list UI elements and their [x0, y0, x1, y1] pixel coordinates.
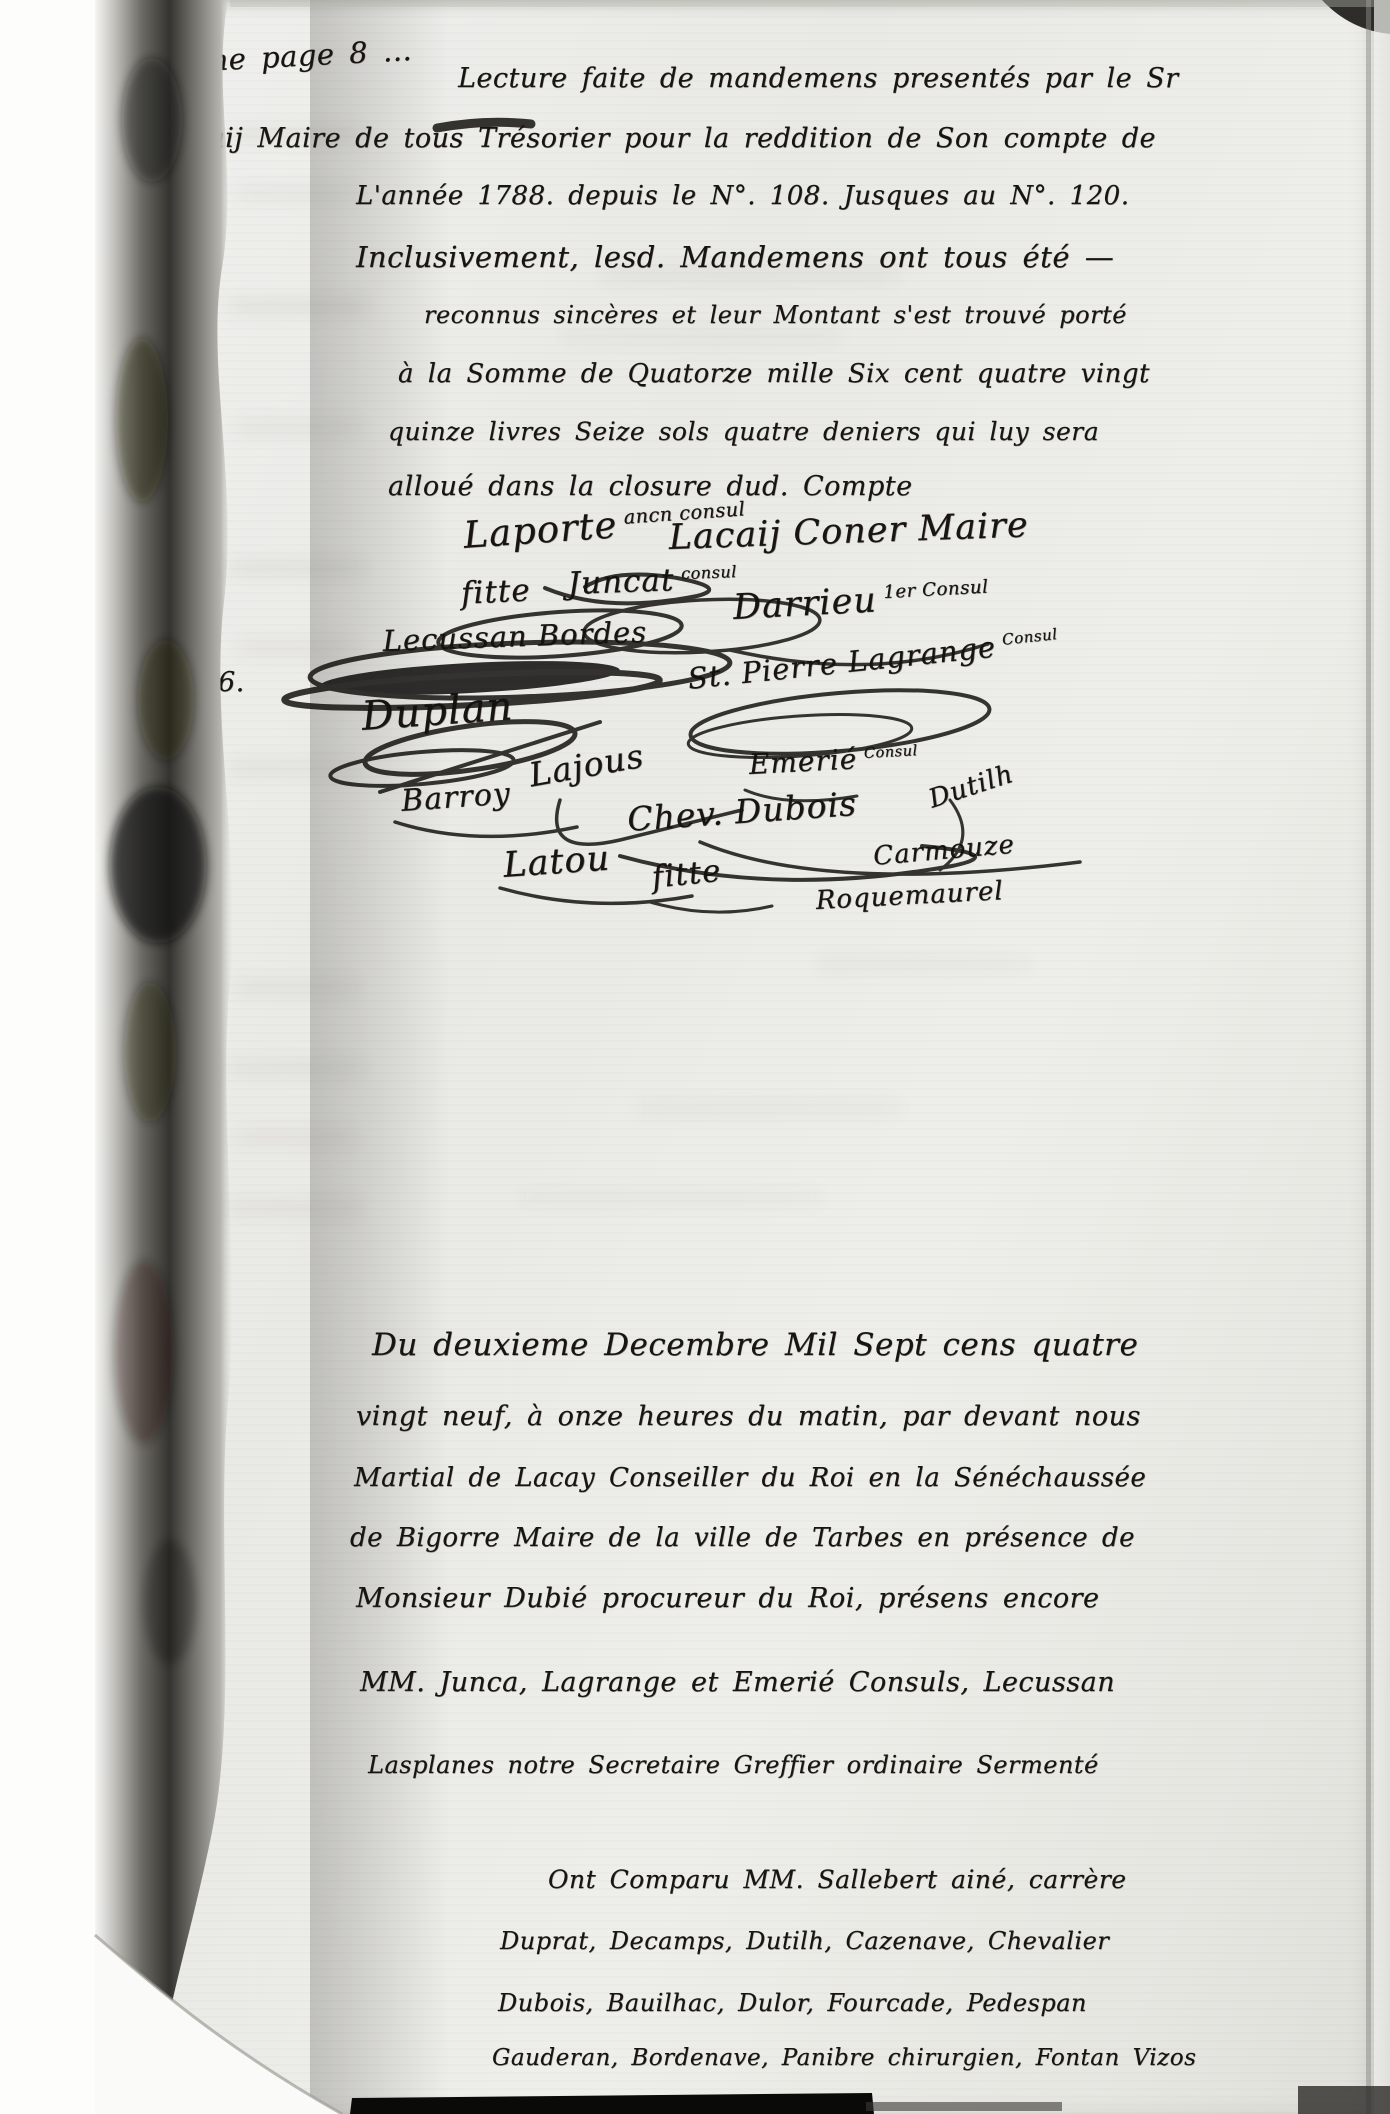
signature-chev-dubois: Chev. Dubois	[626, 784, 858, 839]
signature-name: Lajous	[526, 736, 647, 795]
signature-name: fitte	[460, 572, 531, 612]
manuscript-line: Lacaij Maire de tous Trésorier pour la r…	[158, 124, 1156, 154]
manuscript-page: 30me page 8 ... 6. Lecture faite de mand…	[95, 0, 1390, 2114]
signature-role: 1er Consul	[883, 577, 989, 603]
signature-name: Barroy	[400, 776, 512, 819]
signature-name: St. Pierre Lagrange	[686, 630, 998, 696]
signature-dutilh: Dutilh	[925, 759, 1017, 815]
manuscript-line: Duprat, Decamps, Dutilh, Cazenave, Cheva…	[500, 1928, 1109, 1954]
signature-name: Laporte	[462, 503, 619, 557]
signature-roquemaurel: Roquemaurel	[815, 876, 1004, 916]
signature-name: fitte	[650, 853, 723, 896]
signature-role	[1035, 508, 1036, 529]
manuscript-line: quinze livres Seize sols quatre deniers …	[388, 418, 1099, 446]
manuscript-line: de Bigorre Maire de la ville de Tarbes e…	[350, 1524, 1135, 1553]
signature-fitte-2: fitte	[650, 853, 723, 896]
manuscript-line: à la Somme de Quatorze mille Six cent qu…	[398, 360, 1150, 389]
signature-name: Carmouze	[872, 830, 1016, 872]
manuscript-line: alloué dans la closure dud. Compte	[388, 472, 913, 502]
manuscript-line: Martial de Lacay Conseiller du Roi en la…	[354, 1464, 1146, 1493]
manuscript-line: Du deuxieme Decembre Mil Sept cens quatr…	[372, 1328, 1138, 1362]
manuscript-line: Lasplanes notre Secretaire Greffier ordi…	[368, 1752, 1099, 1778]
manuscript-line: Inclusivement, lesd. Mandemens ont tous …	[356, 242, 1114, 274]
signature-role: Consul	[863, 742, 918, 762]
signature-role: consul	[681, 562, 738, 583]
signature-name: Dutilh	[925, 759, 1017, 815]
signature-name: Juncat	[567, 562, 675, 602]
signature-juncat: Juncatconsul	[567, 560, 738, 602]
signature-role: Consul	[1001, 625, 1058, 649]
signature-barroy: Barroy	[400, 776, 512, 819]
signature-duplan: Duplan	[360, 683, 515, 739]
signature-name: Latou	[502, 839, 611, 886]
manuscript-line: Gauderan, Bordenave, Panibre chirurgien,…	[492, 2046, 1196, 2071]
signature-name: Darrieu	[732, 580, 878, 627]
signature-emerie: EmeriéConsul	[748, 739, 919, 781]
signature-name: Roquemaurel	[815, 876, 1004, 916]
manuscript-line: MM. Junca, Lagrange et Emerié Consuls, L…	[360, 1668, 1115, 1698]
margin-number: 6.	[218, 668, 245, 698]
manuscript-scan: 30me page 8 ... 6. Lecture faite de mand…	[0, 0, 1390, 2114]
signature-darrieu: Darrieu1er Consul	[732, 575, 990, 628]
manuscript-line: Dubois, Bauilhac, Dulor, Fourcade, Pedes…	[498, 1990, 1087, 2016]
manuscript-line: vingt neuf, à onze heures du matin, par …	[356, 1402, 1141, 1432]
manuscript-line: L'année 1788. depuis le N°. 108. Jusques…	[356, 182, 1129, 211]
signature-latou: Latou	[502, 839, 611, 886]
manuscript-line: Monsieur Dubié procureur du Roi, présens…	[356, 1584, 1099, 1614]
signature-name: Emerié	[748, 742, 858, 781]
signature-stpierre-lagrange: St. Pierre LagrangeConsul	[686, 623, 1060, 696]
manuscript-line: Lecture faite de mandemens presentés par…	[458, 64, 1179, 94]
manuscript-line: reconnus sincères et leur Montant s'est …	[424, 302, 1127, 328]
signature-fitte-1: fitte	[460, 572, 531, 612]
manuscript-line: Ont Comparu MM. Sallebert ainé, carrère	[548, 1866, 1127, 1894]
signature-lajous: Lajous	[526, 736, 647, 795]
signature-name: Chev. Dubois	[626, 784, 858, 839]
signature-name: Duplan	[360, 683, 515, 739]
signature-carmouze: Carmouze	[872, 830, 1016, 872]
